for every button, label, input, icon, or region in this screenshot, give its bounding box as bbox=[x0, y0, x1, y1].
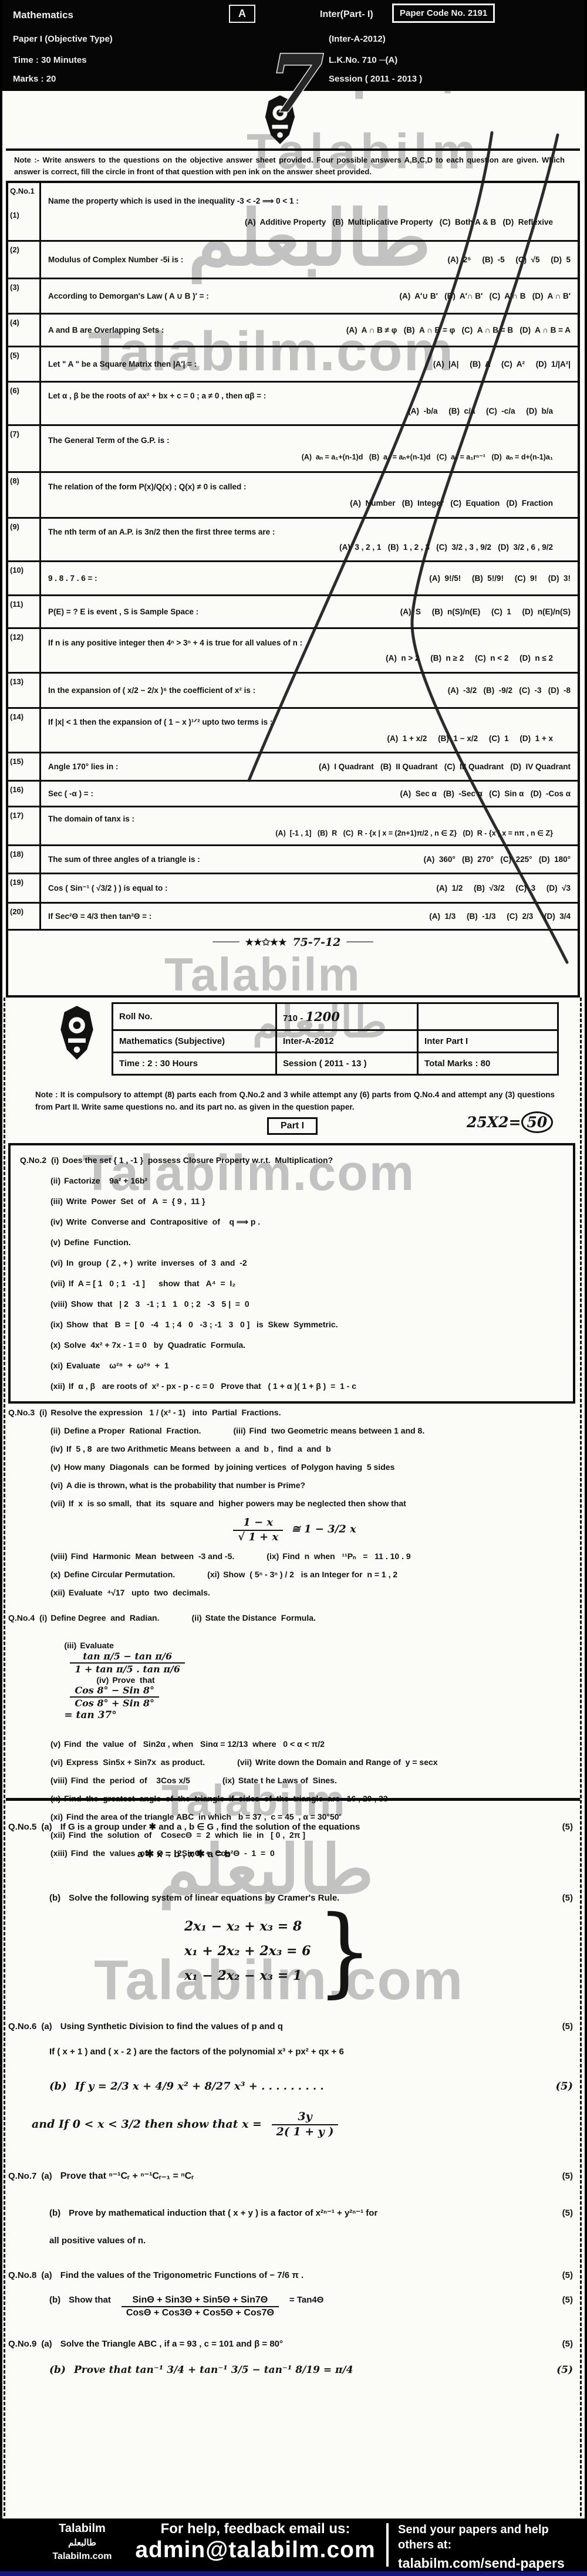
bottom-blue-strip bbox=[0, 2571, 587, 2576]
q2-label: Q.No.2 bbox=[20, 1155, 46, 1165]
question-number: (11) bbox=[8, 596, 41, 627]
paper-header: Mathematics A Inter(Part- I) Paper Code … bbox=[0, 0, 587, 91]
question-row: (12) If n is any positive integer then 4… bbox=[8, 629, 578, 674]
q6a-line: Q.No.6(a) Using Synthetic Division to fi… bbox=[8, 2021, 575, 2031]
item-number: (vi) bbox=[50, 1757, 63, 1767]
q8b-line: (b) Show that SinΘ + Sin3Θ + Sin5Θ + Sin… bbox=[8, 2294, 575, 2319]
question-text: Solve the Triangle ABC , if a = 93 , c =… bbox=[60, 2339, 283, 2349]
question-row: (3) According to Demorgan's Law ( A ∪ B … bbox=[8, 279, 578, 315]
session-small: (Inter-A-2012) bbox=[329, 34, 386, 44]
q6-label: Q.No.6 bbox=[8, 2021, 36, 2031]
question-number: (7) bbox=[8, 426, 41, 471]
part-divider bbox=[6, 1798, 580, 1801]
subject-title: Mathematics bbox=[13, 9, 73, 21]
item-number: (v) bbox=[50, 1739, 60, 1749]
question-row: (15) Angle 170° lies in :(A) I Quadrant … bbox=[8, 753, 578, 782]
question-number: (20) bbox=[8, 904, 41, 929]
question-number: (13) bbox=[8, 674, 41, 707]
send-text-2: others at: bbox=[398, 2537, 580, 2553]
q9-label: Q.No.9 bbox=[8, 2339, 36, 2349]
question-row: (6) Let α , β be the roots of ax² + bx +… bbox=[8, 383, 578, 426]
item-number: (x) bbox=[50, 1340, 60, 1350]
question-text: Using Synthetic Division to find the val… bbox=[60, 2021, 283, 2031]
options-text: (A) -b/a (B) c/a (C) -c/a (D) b/a bbox=[48, 407, 571, 415]
subjective-note: Note : It is compulsory to attempt (8) p… bbox=[35, 1089, 555, 1114]
item-text: If x is so small, that its square and hi… bbox=[69, 1499, 406, 1508]
marks-expression: 25X2= bbox=[467, 1114, 521, 1131]
question-row: Q.No.1 (1) Name the property which is us… bbox=[8, 183, 578, 242]
q7a-line: Q.No.7(a) Prove that ⁿ⁻¹Cᵣ + ⁿ⁻¹Cᵣ₋₁ = ⁿ… bbox=[8, 2170, 575, 2182]
question-text: The sum of three angles of a triangle is… bbox=[48, 855, 200, 864]
question-text: Show that bbox=[69, 2295, 111, 2305]
roll-no-value: 710 - 1200 bbox=[276, 1003, 418, 1030]
question-number: (4) bbox=[8, 315, 41, 346]
question-3-block: Q.No.3(i)Resolve the expression 1 / (x² … bbox=[8, 1404, 575, 1602]
marks-badge: (5) bbox=[562, 1822, 575, 1832]
options-text: (A) A′∪ B′ (B) A′∩ B′ (C) A′∩ B (D) A ∩ … bbox=[399, 292, 571, 301]
question-text: Let α , β be the roots of ax² + bx + c =… bbox=[48, 391, 565, 400]
question-text: 9 . 8 . 7 . 6 = : bbox=[48, 574, 97, 583]
dash: ──── bbox=[212, 937, 239, 948]
question-text: Modulus of Complex Number -5i is : bbox=[48, 255, 183, 264]
empty-cell bbox=[418, 1003, 558, 1030]
q7b-continued: all positive values of n. bbox=[49, 2236, 575, 2246]
question-number: (12) bbox=[8, 629, 41, 672]
board-emblem bbox=[263, 94, 297, 146]
q3-label: Q.No.3 bbox=[8, 1408, 35, 1417]
subjective-dashed-edge-right bbox=[580, 998, 582, 2516]
marks-badge: (5) bbox=[556, 2364, 575, 2376]
q3-vii-formula: 1 − x√ 1 + x ≅ 1 − 3/2 x bbox=[8, 1516, 575, 1544]
question-number: (8) bbox=[8, 473, 41, 517]
send-papers-link[interactable]: talabilm.com/send-papers bbox=[398, 2555, 580, 2572]
question-text: The relation of the form P(x)/Q(x) ; Q(x… bbox=[48, 482, 565, 491]
lk-number: L.K.No. 710 ─(A) bbox=[329, 55, 397, 65]
time-cell: Time : 2 : 30 Hours bbox=[113, 1053, 276, 1075]
q9b-line: (b) Prove that tan⁻¹ 3/4 + tan⁻¹ 3/5 − t… bbox=[8, 2364, 575, 2376]
part-letter: (b) bbox=[49, 2364, 66, 2376]
item-number: (iv) bbox=[96, 1675, 109, 1685]
item-text: Evaluate ω²⁸ + ω²⁹ + 1 bbox=[66, 1361, 169, 1370]
formula-rhs: = tan 37° bbox=[64, 1709, 116, 1721]
item-text: Write down the Domain and Range of y = s… bbox=[255, 1757, 438, 1767]
question-number: (18) bbox=[8, 846, 41, 873]
session-years-cell: Session ( 2011 - 13 ) bbox=[276, 1053, 418, 1075]
stars-divider: ──── ★★✩★★ 75-7-12 ──── bbox=[8, 931, 578, 954]
paper-code-box: Paper Code No. 2191 bbox=[392, 4, 495, 23]
max-marks: Marks : 20 bbox=[13, 74, 56, 84]
dash: ──── bbox=[346, 937, 373, 948]
options-text: (A) 9!/5! (B) 5!/9! (C) 9! (D) 3! bbox=[429, 574, 571, 583]
question-row: (2) Modulus of Complex Number -5i is :(A… bbox=[8, 242, 578, 279]
item-text: Show that B = [ 0 -4 1 ; 4 0 -3 ; -1 3 0… bbox=[66, 1320, 338, 1329]
item-number: (i) bbox=[39, 1408, 47, 1417]
question-row: (18) The sum of three angles of a triang… bbox=[8, 846, 578, 874]
roll-no-label: Roll No. bbox=[113, 1003, 276, 1030]
question-text: If |x| < 1 then the expansion of ( 1 − x… bbox=[48, 718, 565, 727]
item-text: Prove that bbox=[112, 1675, 154, 1685]
item-number: (viii) bbox=[50, 1776, 68, 1785]
item-number: (ix) bbox=[266, 1551, 279, 1561]
question-number: (5) bbox=[8, 347, 41, 381]
equation-3: x₁ − 2x₂ − x₃ = 1 bbox=[184, 1964, 311, 1989]
question-text: The nth term of an A.P. is 3n/2 then the… bbox=[48, 528, 565, 536]
question-text: Prove that ⁿ⁻¹Cᵣ + ⁿ⁻¹Cᵣ₋₁ = ⁿCᵣ bbox=[60, 2170, 194, 2182]
question-text: In the expansion of ( x/2 − 2/x )⁶ the c… bbox=[48, 686, 255, 695]
q6b-condition: and If 0 < x < 3/2 then show that x = 3y… bbox=[32, 2110, 575, 2139]
system-brace: } bbox=[316, 1904, 372, 2000]
q7-label: Q.No.7 bbox=[8, 2171, 36, 2181]
question-row: (17) The domain of tanx is :(A) [-1 , 1]… bbox=[8, 807, 578, 846]
item-text: Define Function. bbox=[64, 1238, 131, 1247]
item-text: Find n when ¹¹Pₙ = 11 . 10 . 9 bbox=[282, 1551, 410, 1561]
question-row: (4) A and B are Overlapping Sets :(A) A … bbox=[8, 315, 578, 347]
question-row: (11) P(E) = ? E is event , S is Sample S… bbox=[8, 596, 578, 629]
question-text: Prove that tan⁻¹ 3/4 + tan⁻¹ 3/5 − tan⁻¹… bbox=[74, 2364, 353, 2376]
part-number: (1) bbox=[10, 211, 38, 219]
item-number: (viii) bbox=[50, 1551, 68, 1561]
footer-send-block: Send your papers and help others at: tal… bbox=[398, 2522, 580, 2572]
item-text: Find Harmonic Mean between -3 and -5. bbox=[71, 1551, 235, 1561]
question-text: If n is any positive integer then 4ⁿ > 3… bbox=[48, 638, 565, 647]
time-allowed: Time : 30 Minutes bbox=[13, 55, 87, 65]
q6a-condition: If ( x + 1 ) and ( x - 2 ) are the facto… bbox=[49, 2047, 575, 2057]
question-text: Name the property which is used in the i… bbox=[48, 197, 565, 206]
item-number: (ii) bbox=[50, 1176, 60, 1185]
roll-handwritten: 1200 bbox=[305, 1009, 339, 1024]
fraction-denominator: 1 + tan π/5 . tan π/6 bbox=[70, 1664, 185, 1675]
handwritten-marks-total: 25X2=50 bbox=[467, 1111, 553, 1133]
objective-note: Note :- Write answers to the questions o… bbox=[6, 148, 580, 181]
subjective-header-table: Roll No. 710 - 1200 Mathematics (Subject… bbox=[112, 1002, 559, 1076]
item-text: How many Diagonals can be formed by join… bbox=[64, 1462, 394, 1472]
question-text: The domain of tanx is : bbox=[48, 814, 565, 823]
question-row: (19) Cos ( Sin⁻¹ ( √3/2 ) ) is equal to … bbox=[8, 874, 578, 904]
contact-email[interactable]: admin@talabilm.com bbox=[132, 2537, 379, 2563]
equation-2: x₁ + 2x₂ + 2x₃ = 6 bbox=[184, 1939, 311, 1964]
question-text: Prove by mathematical induction that ( x… bbox=[69, 2207, 377, 2218]
footer-contact-block: For help, feedback email us: admin@talab… bbox=[132, 2521, 379, 2563]
session-code-cell: Inter-A-2012 bbox=[276, 1030, 418, 1053]
fraction-denominator: Cos 8° + Sin 8° bbox=[70, 1698, 159, 1709]
item-text: Evaluate bbox=[80, 1641, 114, 1650]
options-text: (A) 1/3 (B) -1/3 (C) 2/3 (D) 3/4 bbox=[429, 912, 571, 921]
options-text: (A) aₙ = a₁+(n-1)d (B) a₁ = aₙ+(n-1)d (C… bbox=[48, 452, 571, 461]
fraction-numerator: tan π/5 − tan π/6 bbox=[70, 1651, 185, 1664]
marks-badge: (5) bbox=[562, 2295, 575, 2305]
question-number: Q.No.1 (1) bbox=[8, 183, 41, 240]
question-number: (3) bbox=[8, 279, 41, 313]
part-letter: (a) bbox=[41, 2171, 52, 2181]
options-text: (A) |A| (B) A (C) A² (D) 1/|A²| bbox=[433, 360, 571, 369]
item-text: Factorize 9a² + 16b² bbox=[64, 1176, 147, 1185]
options-text: (A) -3/2 (B) -9/2 (C) -3 (D) -8 bbox=[448, 686, 571, 695]
brand-name-urdu: طالبعلم bbox=[35, 2537, 129, 2548]
item-number: (ix) bbox=[50, 1320, 63, 1329]
options-text: (A) Additive Property (B) Multiplicative… bbox=[48, 218, 571, 227]
item-text: Express Sin5x + Sin7x as product. bbox=[66, 1757, 205, 1767]
item-number: (vii) bbox=[50, 1279, 65, 1288]
item-number: (i) bbox=[51, 1155, 59, 1165]
part-label: Inter(Part- I) bbox=[320, 9, 373, 20]
item-number: (iii) bbox=[64, 1641, 76, 1650]
paper-type: Paper I (Objective Type) bbox=[13, 34, 113, 44]
question-number: (17) bbox=[8, 807, 41, 844]
scan-edge-right bbox=[585, 0, 587, 2576]
item-text: Find the period of 3Cos x/5 bbox=[71, 1776, 190, 1785]
question-row: (5) Let " A " be a Square Matrix then |A… bbox=[8, 347, 578, 383]
q6b-line: (b) If y = 2/3 x + 4/9 x² + 8/27 x³ + . … bbox=[8, 2080, 575, 2092]
options-text: (A) 2⁵ (B) -5 (C) √5 (D) 5 bbox=[447, 255, 571, 264]
brand-name: Talabilm bbox=[35, 2522, 129, 2536]
part-letter: (b) bbox=[49, 2208, 60, 2218]
item-number: (xi) bbox=[207, 1570, 220, 1579]
question-row: (20) If Sec²Θ = 4/3 then tan²Θ = :(A) 1/… bbox=[8, 904, 578, 931]
item-number: (xii) bbox=[50, 1381, 65, 1391]
item-text: Show ( 5ⁿ - 3ⁿ ) / 2 is an Integer for n… bbox=[223, 1570, 397, 1579]
question-text: Find the values of the Trigonometric Fun… bbox=[60, 2270, 303, 2280]
options-text: (A) n > 2 (B) n ≥ 2 (C) n < 2 (D) n ≤ 2 bbox=[48, 654, 571, 662]
item-number: (ii) bbox=[50, 1426, 60, 1435]
stars: ★★✩★★ bbox=[245, 937, 287, 948]
item-text: Define Degree and Radian. bbox=[50, 1613, 159, 1622]
item-number: (vi) bbox=[50, 1480, 63, 1490]
item-number: (iii) bbox=[50, 1196, 63, 1206]
item-text: Does the set { 1 , -1 } possess Closure … bbox=[62, 1155, 333, 1165]
item-text: If 5 , 8 are two Arithmetic Means betwee… bbox=[66, 1444, 331, 1453]
item-number: (ii) bbox=[192, 1613, 202, 1622]
options-text: (A) 1/2 (B) √3/2 (C) 3 (D) √3 bbox=[436, 884, 571, 893]
fraction-denominator: CosΘ + Cos3Θ + Cos5Θ + Cos7Θ bbox=[122, 2307, 279, 2319]
item-number: (vii) bbox=[50, 1499, 65, 1508]
fraction-denominator: √ 1 + x bbox=[233, 1531, 283, 1544]
item-text: Show that | 2 3 -1 ; 1 1 0 ; 2 -3 5 | = … bbox=[71, 1299, 249, 1309]
scanned-exam-paper: Talabilm طالبعلم Talabilm طالبعلم Talabi… bbox=[0, 0, 587, 2576]
options-text: (A) Sec α (B) -Sec α (C) Sin α (D) -Cos … bbox=[400, 789, 571, 798]
item-text: If A = [ 1 0 ; 1 -1 ] show that A⁴ = I₂ bbox=[69, 1279, 236, 1288]
q7b-line: (b) Prove by mathematical induction that… bbox=[8, 2207, 575, 2218]
scan-edge-left bbox=[0, 0, 2, 2576]
part-letter: (a) bbox=[41, 2021, 52, 2031]
question-text: If G is a group under ✱ and a , b ∈ G , … bbox=[60, 1821, 360, 1832]
item-text: Write Power Set of A = { 9 , 11 } bbox=[66, 1196, 205, 1206]
part2-questions: Q.No.5(a) If G is a group under ✱ and a … bbox=[8, 1817, 575, 2376]
q8a-line: Q.No.8(a) Find the values of the Trigono… bbox=[8, 2270, 575, 2280]
options-text: (A) I Quadrant (B) II Quadrant (C) III Q… bbox=[319, 762, 571, 771]
item-text: Define a Proper Rational Fraction. bbox=[64, 1426, 201, 1435]
part1-heading: Part I bbox=[267, 1117, 318, 1135]
part-letter: (a) bbox=[41, 1822, 52, 1832]
question-text: Let " A " be a Square Matrix then |A′| =… bbox=[48, 360, 197, 369]
item-text: Define Circular Permutation. bbox=[64, 1570, 175, 1579]
question-text: If Sec²Θ = 4/3 then tan²Θ = : bbox=[48, 912, 151, 921]
question-number: (14) bbox=[8, 709, 41, 752]
options-text: (A) Number (B) Integer (C) Equation (D) … bbox=[48, 499, 571, 508]
item-number: (viii) bbox=[50, 1299, 68, 1309]
part-cell: Inter Part I bbox=[418, 1030, 558, 1053]
item-number: (iv) bbox=[50, 1217, 63, 1226]
item-text: State the Distance Formula. bbox=[205, 1613, 316, 1622]
item-number: (ix) bbox=[222, 1776, 235, 1785]
question-row: (14) If |x| < 1 then the expansion of ( … bbox=[8, 709, 578, 753]
talabilm-footer: Talabilm طالبعلم Talabilm.com For help, … bbox=[0, 2518, 587, 2571]
options-text: (A) S (B) n(S)/n(E) (C) 1 (D) n(E)/n(S) bbox=[400, 607, 571, 616]
question-number: (9) bbox=[8, 519, 41, 560]
marks-badge: (5) bbox=[562, 2021, 575, 2031]
question-row: (16) Sec ( -α ) = :(A) Sec α (B) -Sec α … bbox=[8, 782, 578, 807]
help-text: For help, feedback email us: bbox=[132, 2521, 379, 2537]
item-text: Evaluate ⁴√17 upto two decimals. bbox=[69, 1588, 210, 1597]
item-text: Find two Geometric means between 1 and 8… bbox=[249, 1426, 425, 1435]
marks-badge: (5) bbox=[562, 2208, 575, 2218]
equation-1: 2x₁ − x₂ + x₃ = 8 bbox=[184, 1915, 311, 1939]
part-letter: (b) bbox=[49, 2080, 67, 2092]
q5a-line: Q.No.5(a) If G is a group under ✱ and a … bbox=[8, 1821, 575, 1832]
question-text: Angle 170° lies in : bbox=[48, 762, 118, 771]
question-text: Sec ( -α ) = : bbox=[48, 789, 93, 798]
item-number: (vi) bbox=[50, 1258, 63, 1267]
brand-site: Talabilm.com bbox=[35, 2551, 129, 2562]
item-number: (iv) bbox=[50, 1444, 63, 1453]
q5b-system: 2x₁ − x₂ + x₃ = 8 x₁ + 2x₂ + 2x₃ = 6 x₁ … bbox=[184, 1908, 575, 1996]
objective-question-table: Q.No.1 (1) Name the property which is us… bbox=[6, 181, 580, 998]
question-text: Cos ( Sin⁻¹ ( √3/2 ) ) is equal to : bbox=[48, 884, 168, 893]
item-text: Write Converse and Contrapositive of q ⟹… bbox=[66, 1217, 260, 1226]
condition-text: and If 0 < x < 3/2 then show that x = bbox=[32, 2118, 262, 2131]
item-text: State t he Laws of Sines. bbox=[238, 1776, 337, 1785]
marks-badge: (5) bbox=[562, 1893, 575, 1903]
item-number: (vii) bbox=[237, 1757, 252, 1767]
formula-rhs: = Tan4Θ bbox=[289, 2295, 324, 2305]
item-number: (x) bbox=[50, 1570, 60, 1579]
item-number: (i) bbox=[39, 1613, 47, 1622]
q1-label: Q.No.1 bbox=[10, 187, 38, 195]
series-text: If y = 2/3 x + 4/9 x² + 8/27 x³ + . . . … bbox=[75, 2080, 324, 2092]
q5-label: Q.No.5 bbox=[8, 1822, 36, 1832]
total-marks-cell: Total Marks : 80 bbox=[418, 1053, 558, 1075]
question-number: (2) bbox=[8, 242, 41, 278]
fraction-denominator: 2( 1 + y ) bbox=[272, 2125, 339, 2139]
q5b-line: (b) Solve the following system of linear… bbox=[8, 1893, 575, 1903]
q4-label: Q.No.4 bbox=[8, 1613, 35, 1622]
part-letter: (a) bbox=[41, 2270, 52, 2280]
item-text: If α , β are roots of x² - px - p - c = … bbox=[69, 1381, 356, 1391]
note-label: Note :- bbox=[14, 155, 39, 164]
q5a-equations: a ✱ x = b , x ✱ a = b bbox=[137, 1848, 575, 1860]
question-row: (10) 9 . 8 . 7 . 6 = :(A) 9!/5! (B) 5!/9… bbox=[8, 562, 578, 596]
item-text: Resolve the expression 1 / (x² - 1) into… bbox=[50, 1408, 281, 1417]
item-number: (iii) bbox=[234, 1426, 246, 1435]
item-number: (xii) bbox=[50, 1588, 65, 1597]
question-text: The General Term of the G.P. is : bbox=[48, 436, 565, 445]
question-number: (19) bbox=[8, 874, 41, 902]
marks-badge: (5) bbox=[562, 2270, 575, 2280]
question-number: (10) bbox=[8, 562, 41, 594]
fraction-numerator: Cos 8° − Sin 8° bbox=[70, 1685, 159, 1698]
options-text: (A) [-1 , 1] (B) R (C) R - {x | x = (2n+… bbox=[48, 829, 571, 837]
question-row: (7) The General Term of the G.P. is :(A)… bbox=[8, 426, 578, 473]
marks-badge: (5) bbox=[562, 2339, 575, 2349]
q8-label: Q.No.8 bbox=[8, 2270, 36, 2280]
marks-badge: (5) bbox=[555, 2080, 575, 2092]
fraction-numerator: 1 − x bbox=[233, 1516, 283, 1531]
board-emblem bbox=[58, 1005, 96, 1061]
footer-brand-block: Talabilm طالبعلم Talabilm.com bbox=[35, 2522, 129, 2562]
marks-badge: (5) bbox=[562, 2171, 575, 2181]
item-text: In group ( Z , + ) write inverses of 3 a… bbox=[66, 1258, 247, 1267]
question-number: (16) bbox=[8, 782, 41, 806]
circled-total: 50 bbox=[521, 1111, 554, 1133]
options-text: (A) A ∩ B ≠ φ (B) A ∩ B = φ (C) A ∩ B = … bbox=[346, 326, 571, 334]
part-letter: (b) bbox=[49, 2295, 60, 2305]
options-text: (A) 1 + x/2 (B) 1 − x/2 (C) 1 (D) 1 + x bbox=[48, 734, 571, 743]
fraction-numerator: SinΘ + Sin3Θ + Sin5Θ + Sin7Θ bbox=[122, 2294, 279, 2307]
formula-rhs: ≅ 1 − 3/2 x bbox=[292, 1523, 356, 1536]
question-text: Solve the following system of linear equ… bbox=[69, 1893, 339, 1903]
group-box: A bbox=[229, 5, 255, 23]
note-text: Write answers to the questions on the ob… bbox=[14, 155, 565, 176]
question-row: (13) In the expansion of ( x/2 − 2/x )⁶ … bbox=[8, 674, 578, 709]
question-text: According to Demorgan's Law ( A ∪ B )′ =… bbox=[48, 292, 209, 301]
session-years: Session ( 2011 - 2013 ) bbox=[329, 74, 422, 84]
item-text: A die is thrown, what is the probability… bbox=[66, 1480, 305, 1490]
question-number: (6) bbox=[8, 383, 41, 424]
question-number: (15) bbox=[8, 753, 41, 780]
options-text: (A) 360° (B) 270° (C) 225° (D) 180° bbox=[424, 855, 571, 864]
item-number: (xi) bbox=[50, 1361, 63, 1370]
subject-cell: Mathematics (Subjective) bbox=[113, 1030, 276, 1053]
question-text: A and B are Overlapping Sets : bbox=[48, 326, 164, 334]
subjective-dashed-edge-left bbox=[4, 998, 5, 2516]
part-letter: (b) bbox=[49, 1893, 60, 1903]
question-2-box: Q.No.2(i)Does the set { 1 , -1 } possess… bbox=[8, 1143, 575, 1404]
part-letter: (a) bbox=[41, 2339, 52, 2349]
options-text: (A) 3 , 2 , 1 (B) 1 , 2 , 3 (C) 3/2 , 3 … bbox=[48, 543, 571, 552]
item-text: Find the value of Sin2α , when Sinα = 12… bbox=[64, 1739, 325, 1749]
handwritten-date: 75-7-12 bbox=[292, 936, 340, 949]
item-number: (v) bbox=[50, 1238, 60, 1247]
item-text: Solve 4x² + 7x - 1 = 0 by Quadratic Form… bbox=[64, 1340, 245, 1350]
fraction-numerator: 3y bbox=[272, 2110, 339, 2125]
send-text-1: Send your papers and help bbox=[398, 2522, 580, 2537]
item-number: (v) bbox=[50, 1462, 60, 1472]
q9a-line: Q.No.9(a) Solve the Triangle ABC , if a … bbox=[8, 2339, 575, 2349]
question-text: P(E) = ? E is event , S is Sample Space … bbox=[48, 607, 198, 616]
footer-divider bbox=[386, 2523, 389, 2567]
roll-printed: 710 - bbox=[283, 1013, 303, 1023]
question-row: (9) The nth term of an A.P. is 3n/2 then… bbox=[8, 519, 578, 562]
question-row: (8) The relation of the form P(x)/Q(x) ;… bbox=[8, 473, 578, 519]
